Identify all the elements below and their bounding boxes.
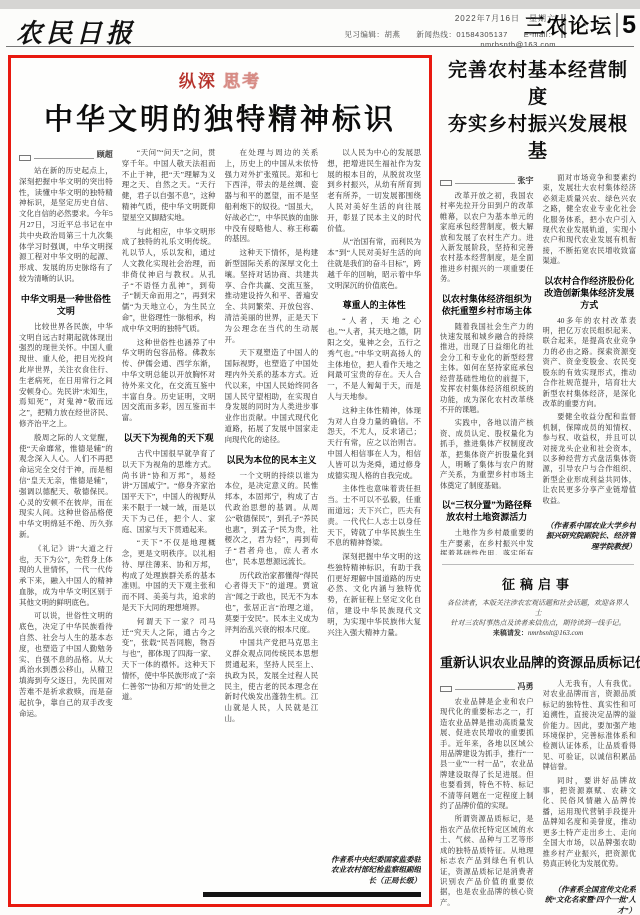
body-paragraph: 农业品牌是企业和农户现代化的重要标志之一，打造农业品牌是推动高质量发展、促进农民… bbox=[440, 697, 534, 811]
body-paragraph: 这种天下情怀，是构建新型国际关系的深厚文化土壤。坚持对话协商、共建共享、合作共赢… bbox=[225, 248, 319, 345]
main-article: 纵深 思考 中华文明的独特精神标识 顾超站在新的历史起点上，深刻把握中华文明的突… bbox=[8, 55, 432, 907]
page-number: 5 bbox=[622, 11, 636, 40]
body-paragraph: 在处理与周边的关系上，历史上的中国从未依恃强力对外扩张殖民。郑和七下西洋，带去的… bbox=[225, 148, 319, 245]
body-paragraph: 可以说，世俗性文明的底色，决定了中华民族看待自然、社会与人生的基本态度，也塑造了… bbox=[19, 611, 113, 719]
body-paragraph: 从“治国有常，而利民为本”到“人民对美好生活的向往就是我们的奋斗目标”，跨越千年… bbox=[327, 237, 421, 291]
text-column: “天问”“问天”之问，贯穿千年。中国人敬天法祖而不止于神，把“天”理解为义理之天… bbox=[122, 148, 216, 890]
notice-line-1: 各位读者，本版关注涉农宏观话题和社会话题，欢迎各界人士 bbox=[444, 598, 632, 618]
right-section: 完善农村基本经营制度 夯实乡村振兴发展根基 张宇改革开放之初，我国农村率先拉开分… bbox=[440, 55, 636, 907]
byline-rule bbox=[455, 183, 515, 184]
byline-row: 冯勇 bbox=[440, 679, 534, 692]
newspaper-masthead: 农民日报 bbox=[16, 13, 136, 50]
body-paragraph: 改革开放之初，我国农村率先拉开分田到户的改革帷幕，以农户为基本单元的家庭承包经营… bbox=[440, 191, 534, 285]
notice-line-2: 针对三农时事热点及读者来信焦点，期待读到一线手记。 bbox=[444, 618, 632, 628]
article-end-bar bbox=[203, 892, 421, 897]
body-paragraph: 同时，要讲好品牌故事，把资源禀赋、农耕文化、民俗风情融入品牌传播，运用现代营销手… bbox=[543, 776, 637, 870]
byline-row: 张宇 bbox=[440, 173, 534, 186]
author-name: 冯勇 bbox=[518, 682, 534, 692]
author-marker-icon bbox=[440, 180, 452, 186]
author-attribution: （作者系中国农业大学乡村振兴研究院副院长、经济管理学院教授） bbox=[543, 517, 637, 552]
issue-date: 2022年7月16日 星期六 bbox=[286, 13, 556, 24]
body-paragraph: 以人民为中心的发展思想，把增进民生福祉作为发展的根本目的，从脱贫攻坚到乡村振兴，… bbox=[327, 148, 421, 234]
newspaper-page: 农民日报 2022年7月16日 星期六 见习编辑：胡燕 新闻热线：0158430… bbox=[0, 0, 640, 915]
bottom-right-article-headline: 重新认识农业品牌的资源品质标记价值 bbox=[440, 652, 636, 671]
notice-email-address[interactable]: nmrbsnlt@163.com bbox=[528, 629, 583, 637]
body-paragraph: 殷周之际的人文觉醒，使“天命靡常，惟德是辅”的观念深入人心。人们不再把命运完全交… bbox=[19, 433, 113, 541]
author-attribution: 作者系中央纪委国家监委驻农业农村部纪检监察组副组长（正局长级） bbox=[327, 851, 421, 887]
body-paragraph: 与此相应，中华文明形成了独特的礼乐文明传统。礼以节人，乐以发和，通过人文教化实现… bbox=[122, 227, 216, 335]
body-paragraph: 《礼记》讲“大道之行也，天下为公”，先哲身上体现的人世情怀，一代一代传承下来，融… bbox=[19, 544, 113, 609]
headline-line-2: 夯实乡村振兴发展根基 bbox=[448, 114, 628, 162]
call-for-papers-notice: 征稿启事 各位读者，本版关注涉农宏观话题和社会话题，欢迎各界人士 针对三农时事热… bbox=[440, 572, 636, 642]
text-column: 张宇改革开放之初，我国农村率先拉开分田到户的改革帷幕，以农户为基本单元的家庭承包… bbox=[440, 173, 534, 555]
body-paragraph: 这种主体性精神，体现为对人自身力量的确信。不怨天，不尤人，反求诸己；天行有常，应… bbox=[327, 406, 421, 482]
column-subhead: 以天下为视角的天下观 bbox=[122, 432, 216, 444]
body-paragraph: 人无我有，人有我优。对农业品牌而言，资源品质标记的独特性、真实性和可追溯性，直接… bbox=[543, 679, 637, 773]
body-paragraph: 面对市场竞争和要素约束，发展壮大农村集体经济必须走质量兴农、绿色兴农之路，健全农… bbox=[543, 173, 637, 267]
author-marker-icon bbox=[19, 155, 31, 161]
header-rule bbox=[6, 46, 634, 47]
text-column: 顾超站在新的历史起点上，深刻把握中华文明的突出特性，读懂中华文明的独特精神标识，… bbox=[19, 148, 113, 890]
column-tag: 纵深 思考 bbox=[19, 67, 421, 92]
main-article-columns: 顾超站在新的历史起点上，深刻把握中华文明的突出特性，读懂中华文明的独特精神标识，… bbox=[19, 148, 421, 890]
text-column: 冯勇农业品牌是企业和农户现代化的重要标志之一，打造农业品牌是推动高质量发展、促进… bbox=[440, 679, 534, 915]
body-paragraph: 中国共产党把马克思主义群众观点同传统民本思想贯通起来，坚持人民至上、执政为民，发… bbox=[225, 638, 319, 724]
top-right-article-columns: 张宇改革开放之初，我国农村率先拉开分田到户的改革帷幕，以农户为基本单元的家庭承包… bbox=[440, 173, 636, 555]
body-paragraph: 土地作为乡村最重要的生产要素，在乡村振兴中发挥着基础性作用。落实所有权、稳定承包… bbox=[440, 528, 534, 555]
author-name: 顾超 bbox=[97, 150, 113, 161]
top-strip bbox=[0, 0, 640, 9]
section-block: 三农论坛 5 bbox=[524, 10, 636, 40]
body-paragraph: 历代政治家都懂得“得民心者得天下”的道理。贾谊言“闻之于政也，民无不为本也”，张… bbox=[225, 571, 319, 636]
notice-email-line: 来稿请发：nmrbsnlt@163.com bbox=[444, 628, 632, 638]
author-marker-icon bbox=[440, 686, 452, 692]
body-paragraph: 站在新的历史起点上，深刻把握中华文明的突出特性，读懂中华文明的独特精神标识，是坚… bbox=[19, 166, 113, 285]
body-paragraph: “人者，天地之心也。”“人者，其天地之德，阴阳之交，鬼神之会，五行之秀气也。”中… bbox=[327, 316, 421, 402]
body-paragraph: 这种世俗性也涵养了中华文明的包容品格。佛教东传、伊儒会通、西学东渐，中华文明总能… bbox=[122, 338, 216, 424]
author-name: 张宇 bbox=[518, 176, 534, 186]
body-paragraph: 所谓资源品质标记，是指农产品依托特定区域的水土、气候、品种与工艺等形成的独特品质… bbox=[440, 814, 534, 908]
byline-rule bbox=[34, 158, 94, 159]
author-attribution: （作者系全国宣传文化系统“文化名家暨‘四个一批’人才”） bbox=[543, 881, 637, 915]
byline-rule bbox=[455, 689, 515, 690]
text-column: 人无我有，人有我优。对农业品牌而言，资源品质标记的独特性、真实性和可追溯性，直接… bbox=[543, 679, 637, 915]
body-paragraph: 一个文明的持续以谁为本位，是决定意义的。民惟邦本，本固邦宁，构成了古代政治思想的… bbox=[225, 471, 319, 568]
body-paragraph: 随着我国社会生产力的快速发展和城乡融合的持续推进，出现了日益细化的社会分工和专业… bbox=[440, 322, 534, 416]
body-paragraph: “天下”不仅是地理概念，更是文明秩序。以礼相待、厚往薄来、协和万邦，构成了处理族… bbox=[122, 538, 216, 614]
column-tag-right: 思考 bbox=[223, 72, 261, 91]
byline-row: 顾超 bbox=[19, 148, 113, 161]
top-right-article-headline: 完善农村基本经营制度 夯实乡村振兴发展根基 bbox=[440, 57, 636, 165]
body-paragraph: 40多年的农村改革表明，把亿万农民组织起来、联合起来，是提高农业竞争力的必由之路… bbox=[543, 316, 637, 410]
body-paragraph: “天问”“问天”之问，贯穿千年。中国人敬天法祖而不止于神，把“天”理解为义理之天… bbox=[122, 148, 216, 224]
column-tag-left: 纵深 bbox=[179, 72, 217, 91]
column-subhead: 中华文明是一种世俗性文明 bbox=[19, 293, 113, 317]
column-subhead: 以农村合作经济股份化改造创新集体经济发展方式 bbox=[543, 275, 637, 311]
body-paragraph: 主体性也意味着责任担当。士不可以不弘毅，任重而道远；天下兴亡，匹夫有责。一代代仁… bbox=[327, 484, 421, 549]
body-paragraph: 比较世界各民族，中华文明自远古时期起就体现出强烈的现世关怀。中国人重现世、重人伦… bbox=[19, 322, 113, 430]
notice-title: 征稿启事 bbox=[444, 574, 632, 593]
body-paragraph: 要健全收益分配和监督机制，保障成员的知情权、参与权、收益权，并且可以对接龙头企业… bbox=[543, 412, 637, 506]
body-paragraph: 天下观塑造了中国人的国际视野，也塑造了中国处理内外关系的基本方式。近代以来，中国… bbox=[225, 348, 319, 445]
bottom-right-article-columns: 冯勇农业品牌是企业和农户现代化的重要标志之一，打造农业品牌是推动高质量发展、促进… bbox=[440, 679, 636, 915]
text-column: 面对市场竞争和要素约束，发展壮大农村集体经济必须走质量兴农、绿色兴农之路，健全农… bbox=[543, 173, 637, 555]
notice-email-label: 来稿请发： bbox=[493, 629, 528, 637]
column-subhead: 尊重人的主体性 bbox=[327, 299, 421, 311]
text-column: 在处理与周边的关系上，历史上的中国从未依恃强力对外扩张殖民。郑和七下西洋，带去的… bbox=[225, 148, 319, 890]
body-paragraph: 何谓天下一家？司马迁“究天人之际，通古今之变”，张载“民吾同胞，物吾与也”，都体… bbox=[122, 617, 216, 703]
body-paragraph: 深刻把握中华文明的这些独特精神标识，有助于我们更好理解中国道路的历史必然、文化内… bbox=[327, 552, 421, 638]
main-article-headline: 中华文明的独特精神标识 bbox=[19, 97, 421, 138]
body-paragraph: 古代中国很早就孕育了以天下为视角的思维方式。尚书讲“协和万邦”，易经讲“万国咸宁… bbox=[122, 449, 216, 535]
column-subhead: 以“三权分置”为路径释放农村土地资源活力 bbox=[440, 499, 534, 523]
text-column: 以人民为中心的发展思想，把增进民生福祉作为发展的根本目的，从脱贫攻坚到乡村振兴，… bbox=[327, 148, 421, 890]
header-meta: 2022年7月16日 星期六 见习编辑：胡燕 新闻热线：01584305137 … bbox=[286, 13, 556, 49]
column-subhead: 以农村集体经济组织为依托重塑乡村市场主体 bbox=[440, 293, 534, 317]
headline-line-1: 完善农村基本经营制度 bbox=[448, 60, 628, 108]
column-subhead: 以民为本位的民本主义 bbox=[225, 454, 319, 466]
section-rule bbox=[442, 564, 634, 565]
section-divider bbox=[616, 13, 618, 37]
body-paragraph: 实践中，各地以清产核资、成员认定、股权量化为抓手，推进集体产权制度改革，把集体资… bbox=[440, 418, 534, 491]
section-title: 三农论坛 bbox=[524, 10, 612, 40]
